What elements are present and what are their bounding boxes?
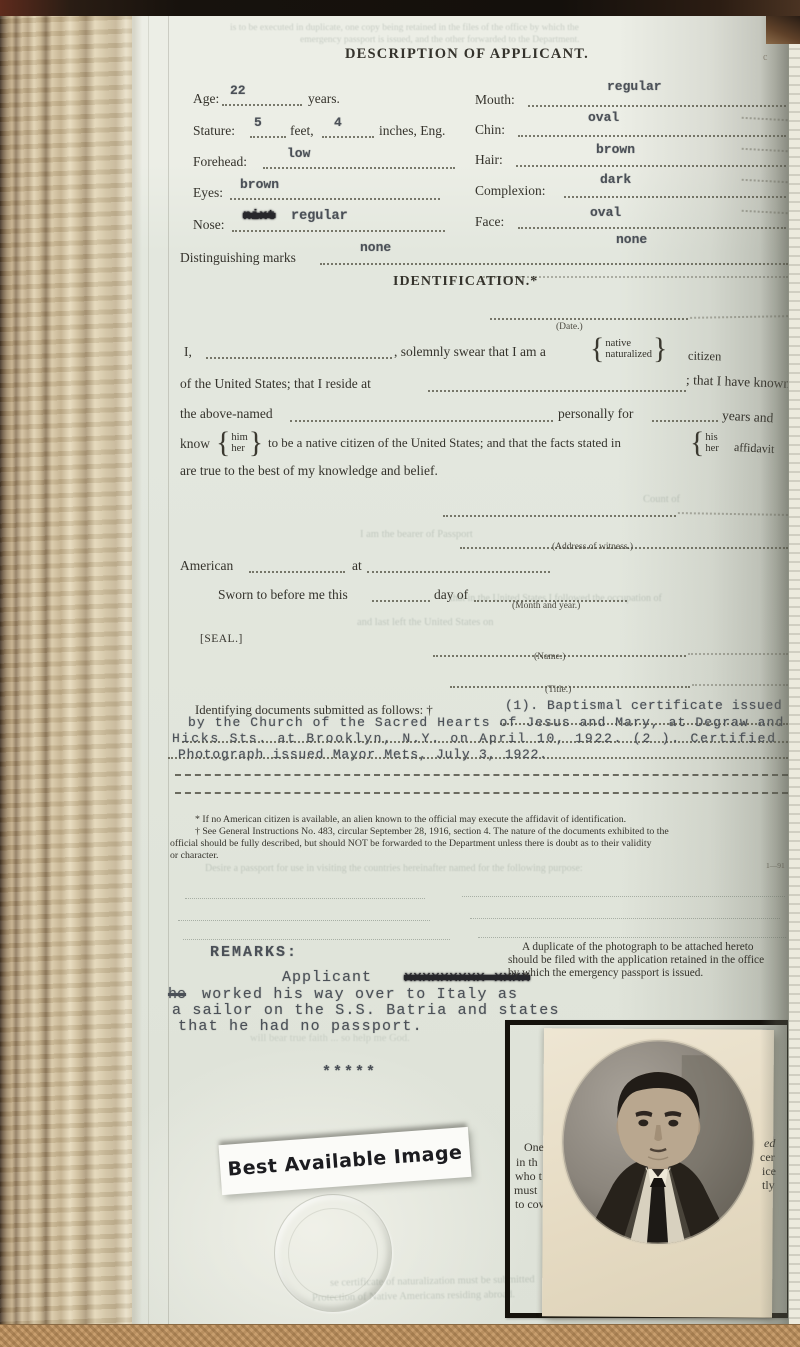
footnote-2: † See General Instructions No. 483, circ… — [195, 826, 669, 837]
field-mid-stature: feet, — [290, 123, 314, 139]
applicant-portrait — [550, 1034, 765, 1249]
form-number: 1—91 — [766, 861, 785, 870]
ghost-rule — [178, 912, 430, 921]
field-label-mouth: Mouth: — [475, 92, 515, 108]
brace-close: } — [653, 334, 667, 364]
dotted-line — [367, 558, 550, 573]
scanned-passport-application-page: is to be executed in duplicate, one copy… — [0, 0, 800, 1347]
field-label-age: Age: — [193, 91, 219, 107]
photo-partial-text-right: ice — [762, 1164, 776, 1179]
dotted-line — [564, 183, 786, 198]
oath-citizen: citizen — [688, 349, 722, 365]
field-value-stature-feet: 5 — [254, 115, 262, 130]
footnote-4: or character. — [170, 850, 218, 861]
photo-partial-text-right: cer — [760, 1150, 775, 1165]
oath-reside-post: ; that I have known — [686, 372, 791, 392]
ghost-text: is to be executed in duplicate, one copy… — [230, 23, 579, 33]
dotted-line — [742, 104, 789, 121]
ghost-text: emergency passport is issued, and the ot… — [300, 35, 579, 45]
ghost-text: Desire a passport for use in visiting th… — [205, 863, 583, 874]
field-value-eyes: brown — [240, 177, 279, 192]
dotted-line — [206, 344, 392, 359]
best-available-image-label: Best Available Image — [219, 1127, 472, 1195]
his-her-brace: { his her — [690, 428, 719, 458]
remarks-line1: Applicant — [282, 969, 372, 986]
field-value-nose: regular — [291, 209, 348, 224]
adjacent-page-edge — [788, 12, 800, 1334]
dotted-line — [249, 558, 345, 573]
ghost-rule — [462, 888, 785, 897]
brace-open: { — [590, 334, 604, 364]
sworn-text: Sworn to before me this — [218, 587, 348, 603]
oath-i: I, — [184, 344, 192, 360]
brace-open: { — [216, 428, 230, 458]
book-binding-page-edges — [0, 10, 132, 1336]
oath-native-citizen: to be a native citizen of the United Sta… — [268, 436, 621, 451]
identification-title: IDENTIFICATION.* — [393, 274, 538, 290]
ghost-rule — [478, 929, 786, 938]
dotted-line — [742, 197, 789, 214]
dotted-line — [678, 499, 788, 516]
brace-option-his: his — [705, 432, 718, 443]
field-value-nose-struck: nixt — [243, 209, 275, 224]
american-label: American — [180, 558, 233, 574]
field-label-eyes: Eyes: — [193, 185, 223, 201]
date-caption: (Date.) — [556, 322, 583, 332]
field-suffix-age: years. — [308, 91, 340, 107]
typed-doc-line-4: Photograph issued Mayor Mets, July 3, 19… — [178, 747, 548, 762]
native-naturalized-brace: { native naturalized } — [590, 334, 667, 364]
month-year-caption: (Month and year.) — [512, 601, 580, 611]
field-label-hair: Hair: — [475, 152, 503, 168]
embossed-notary-seal — [274, 1194, 392, 1312]
ghost-text: I am the bearer of Passport — [360, 529, 473, 540]
field-value-mouth: regular — [607, 79, 662, 94]
dotted-line — [742, 135, 789, 152]
photo-partial-text-left: in th — [516, 1155, 538, 1170]
dotted-line — [692, 671, 788, 686]
book-cover-top — [0, 0, 800, 16]
seal-label: [SEAL.] — [200, 633, 243, 645]
field-value-hair: brown — [596, 142, 635, 157]
dotted-line — [742, 166, 789, 183]
brace-option-naturalized: naturalized — [605, 349, 652, 360]
photo-print — [542, 1028, 774, 1318]
dotted-line — [688, 640, 788, 655]
best-available-image-text: Best Available Image — [227, 1141, 463, 1180]
photo-partial-text-left: who t — [515, 1169, 542, 1184]
ghost-rule — [183, 931, 450, 940]
dotted-line — [372, 587, 430, 602]
ghost-rule — [470, 910, 780, 919]
footnote-3: official should be fully described, but … — [170, 838, 651, 849]
field-label-forehead: Forehead: — [193, 154, 247, 170]
photo-partial-text-left: must — [514, 1183, 537, 1198]
brace-option-native: native — [605, 338, 652, 349]
duplicate-note-3: by which the emergency passport is issue… — [508, 967, 703, 979]
page-title: DESCRIPTION OF APPLICANT. — [345, 46, 589, 63]
oath-reside-pre: of the United States; that I reside at — [180, 376, 371, 392]
field-label-stature: Stature: — [193, 123, 235, 139]
oath-personally: personally for — [558, 406, 633, 422]
title-caption: (Title.) — [545, 685, 571, 695]
field-suffix-stature: inches, Eng. — [379, 123, 445, 139]
oath-affidavit: affidavit — [734, 440, 775, 457]
footnote-1: * If no American citizen is available, a… — [195, 814, 626, 825]
dotted-line — [474, 587, 627, 602]
field-label-face: Face: — [475, 214, 504, 230]
duplicate-note-2: should be filed with the application ret… — [508, 954, 764, 966]
oath-know: know — [180, 436, 210, 452]
dotted-line — [428, 377, 686, 392]
ghost-text: and last left the United States on — [357, 617, 493, 628]
remarks-line4: that he had no passport. — [178, 1018, 423, 1035]
corner-pencil-mark: c — [763, 52, 767, 63]
remarks-stars: ***** — [322, 1064, 377, 1081]
dotted-line — [490, 305, 688, 320]
dotted-line — [443, 502, 676, 517]
field-value-chin: oval — [588, 110, 619, 125]
oath-swear: , solemnly swear that I am a — [394, 344, 546, 360]
dotted-line — [518, 214, 786, 229]
field-value-complexion: dark — [600, 172, 631, 187]
name-caption: (Name.) — [534, 652, 565, 662]
field-label-marks: Distinguishing marks — [180, 250, 296, 266]
brace-option-her: her — [705, 443, 718, 454]
at-label: at — [352, 558, 362, 574]
field-label-nose: Nose: — [193, 217, 225, 233]
duplicate-note-1: A duplicate of the photograph to be atta… — [522, 941, 754, 953]
field-value-marks-right: none — [616, 232, 647, 247]
dotted-line — [322, 123, 374, 138]
field-label-complexion: Complexion: — [475, 183, 546, 199]
field-label-chin: Chin: — [475, 122, 505, 138]
brace-open: { — [690, 428, 704, 458]
dotted-line — [516, 152, 786, 167]
dashed-rule — [175, 790, 788, 794]
remarks-struck-he: he — [168, 986, 186, 1003]
day-of-label: day of — [434, 587, 468, 603]
field-value-age: 22 — [230, 83, 246, 98]
remarks-label: REMARKS: — [210, 944, 298, 961]
dotted-line — [690, 302, 788, 319]
oath-abovenamed: the above-named — [180, 406, 273, 422]
photo-partial-text-right: tly — [762, 1178, 775, 1193]
remarks-line2: worked his way over to Italy as — [202, 986, 518, 1003]
dotted-line — [290, 407, 553, 422]
oath-years: years and — [722, 408, 774, 427]
him-her-brace: { him her } — [216, 428, 263, 458]
dotted-line — [652, 407, 718, 422]
photo-partial-text-left: One — [524, 1140, 544, 1155]
photo-partial-text-left: to cov — [515, 1197, 545, 1212]
field-value-face: oval — [590, 205, 621, 220]
brace-option-him: him — [231, 432, 247, 443]
ghost-rule — [185, 890, 425, 899]
oath-true: are true to the best of my knowledge and… — [180, 463, 438, 479]
brace-option-her: her — [231, 443, 247, 454]
field-value-marks-left: none — [360, 240, 391, 255]
remarks-line3: a sailor on the S.S. Batria and states — [172, 1002, 560, 1019]
brace-close: } — [249, 428, 263, 458]
dashed-rule — [175, 772, 788, 776]
address-of-witness-caption: (Address of witness.) — [552, 542, 633, 552]
table-fabric — [0, 1324, 800, 1347]
photo-partial-text-right: ed — [764, 1136, 775, 1151]
field-value-stature-inches: 4 — [334, 115, 342, 130]
field-value-forehead: low — [287, 146, 310, 161]
